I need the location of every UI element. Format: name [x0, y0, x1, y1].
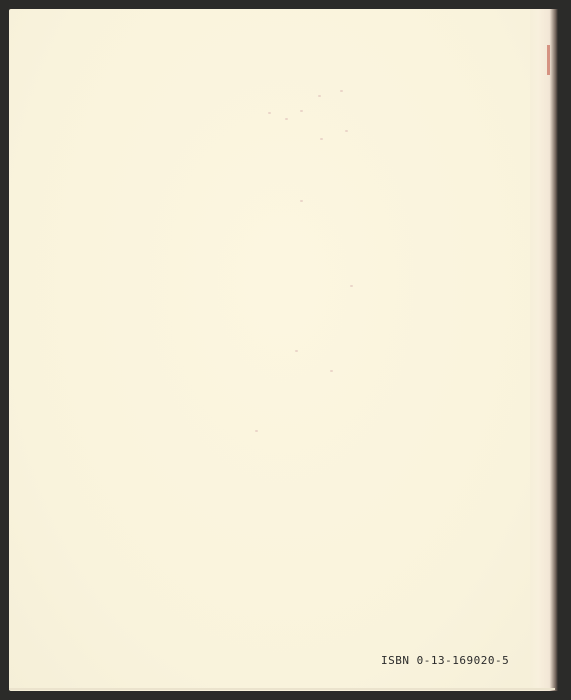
- book-spine: [530, 9, 558, 691]
- book-back-cover: [9, 9, 555, 691]
- stain: [285, 118, 288, 120]
- spine-red-mark: [547, 45, 550, 75]
- stain: [345, 130, 348, 132]
- stain: [268, 112, 271, 114]
- stain: [295, 350, 298, 352]
- stain: [300, 110, 303, 112]
- stain: [320, 138, 323, 140]
- stain: [340, 90, 343, 92]
- isbn-number: ISBN 0-13-169020-5: [381, 654, 509, 667]
- stain: [300, 200, 303, 202]
- stain: [350, 285, 353, 287]
- stain: [255, 430, 258, 432]
- stain: [318, 95, 321, 97]
- stain: [330, 370, 333, 372]
- cover-bottom-edge: [9, 688, 555, 690]
